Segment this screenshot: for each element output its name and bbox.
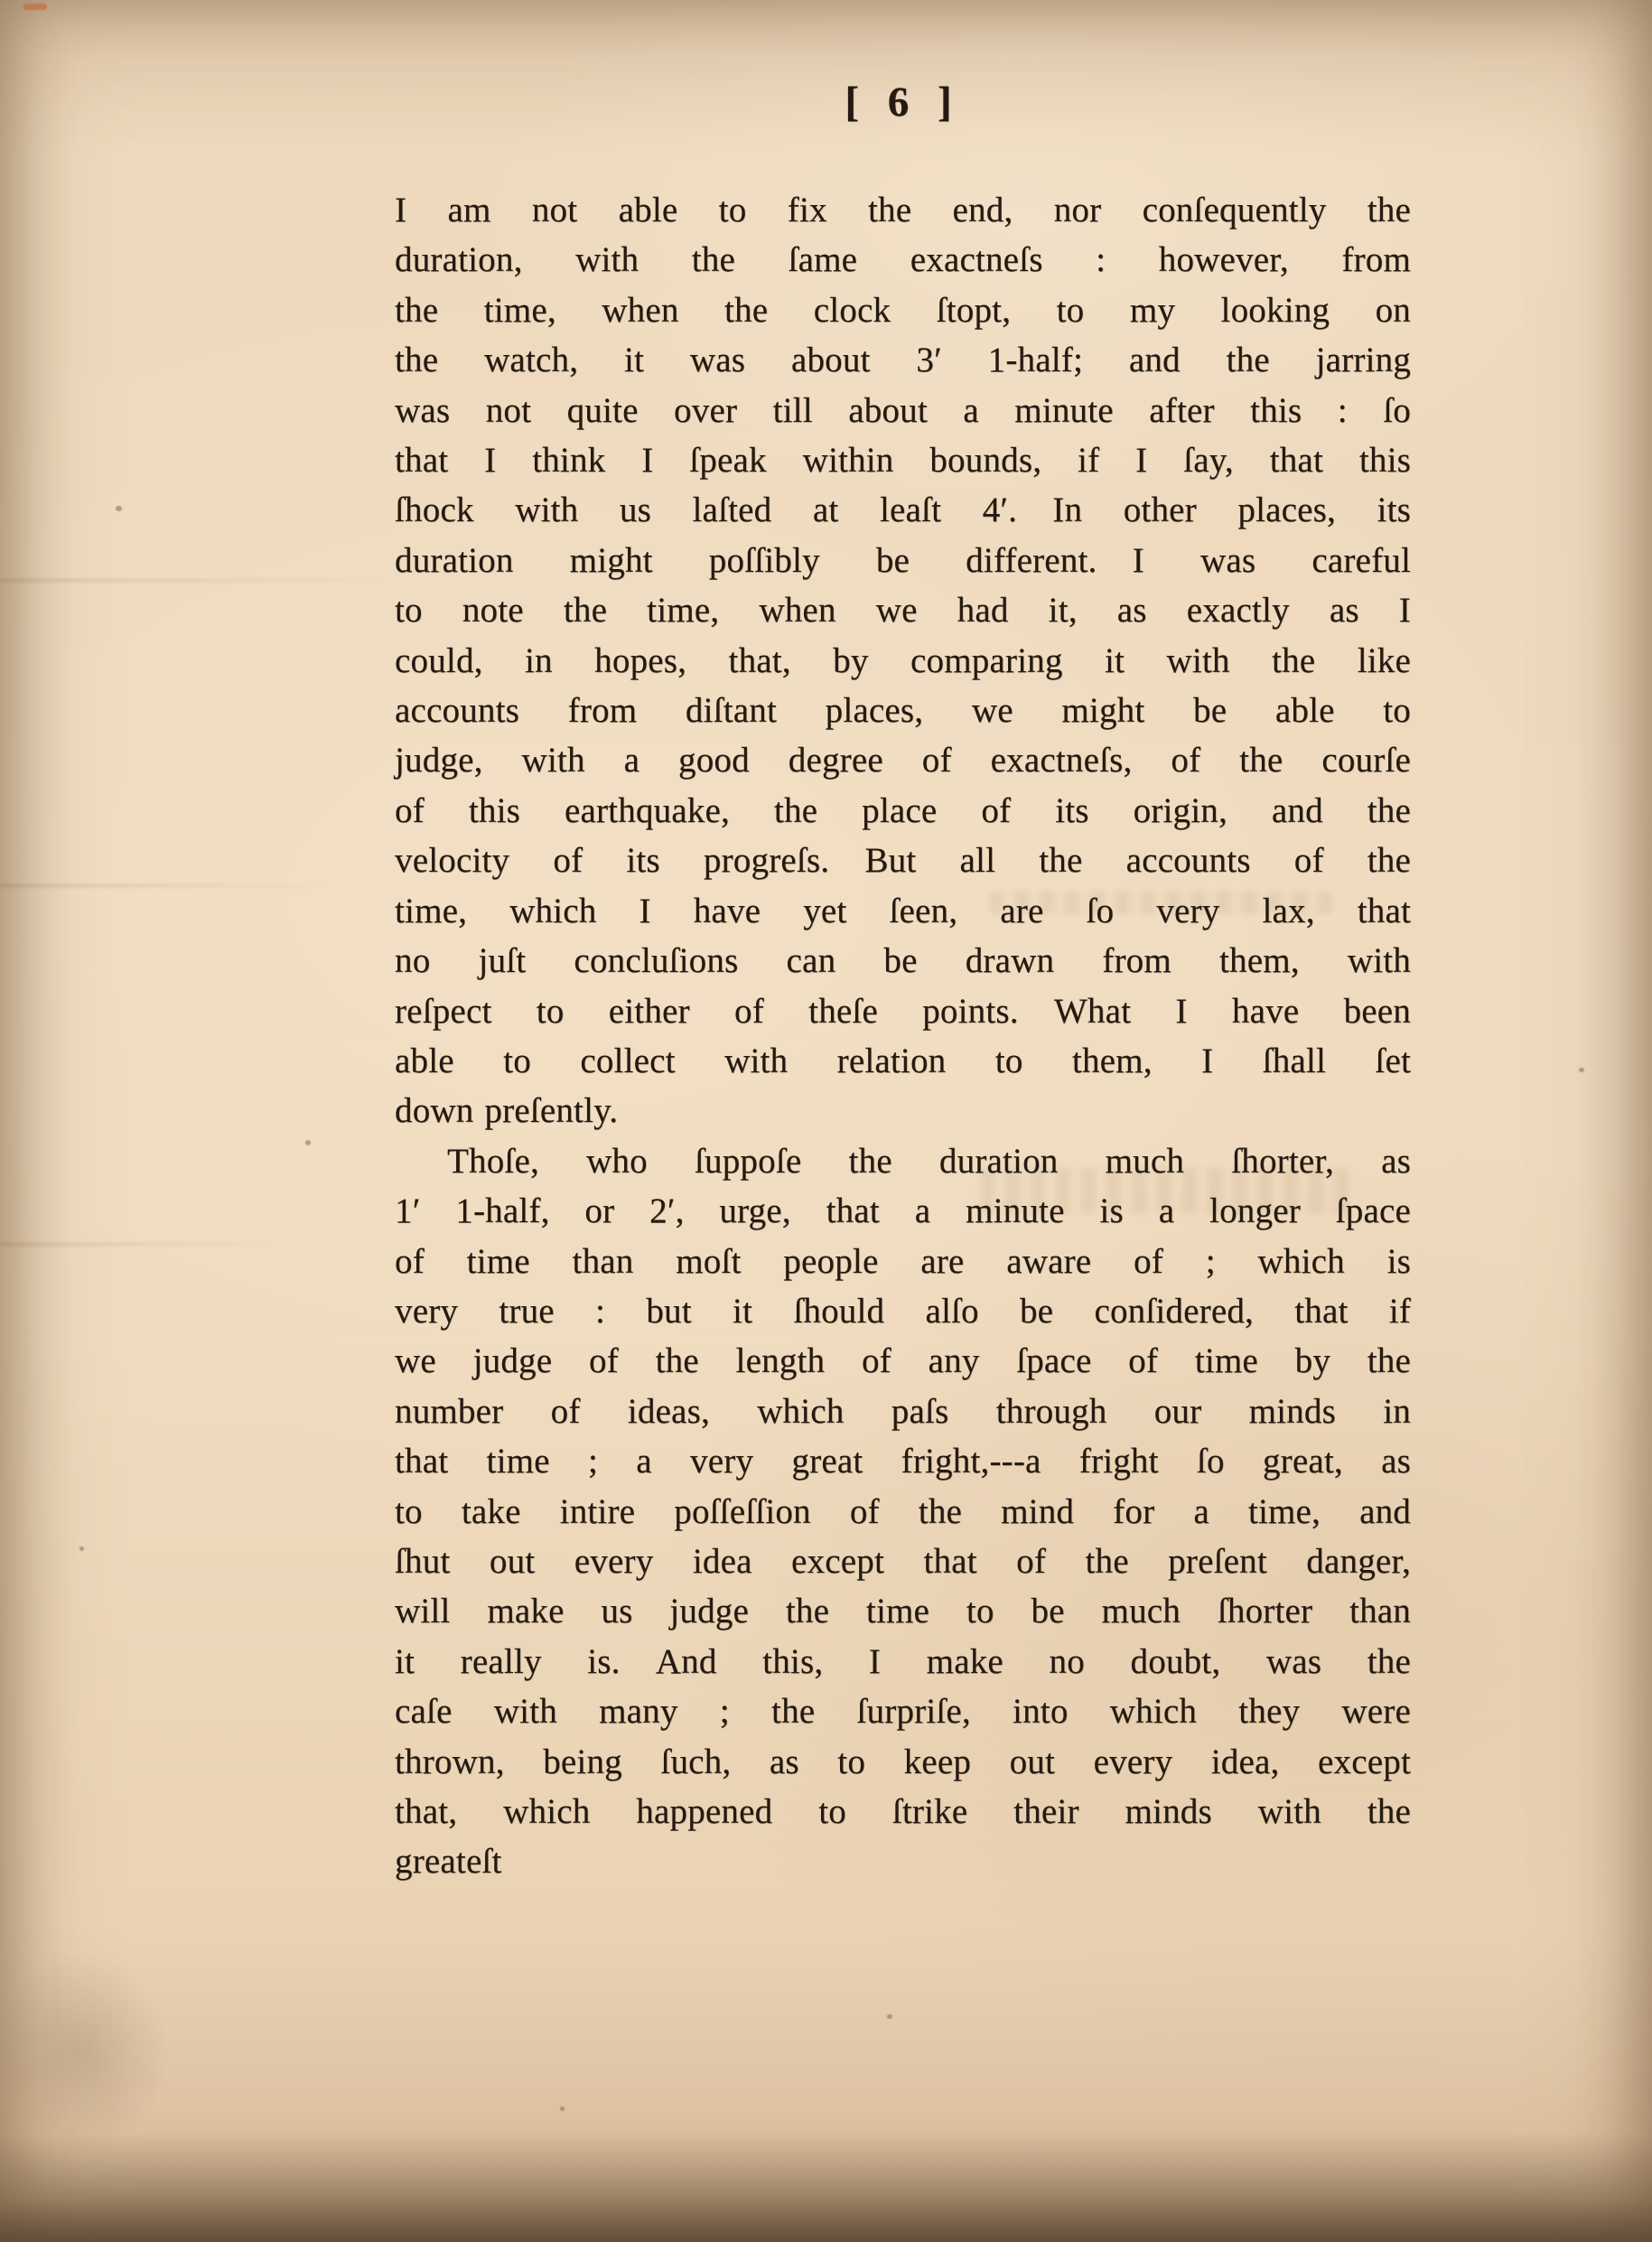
text-line: it really is. And this, I make no doubt,… xyxy=(395,1637,1411,1686)
text-line: the watch, it was about 3′ 1-half; and t… xyxy=(395,335,1411,385)
paper-crease xyxy=(0,578,388,583)
text-line: that I think I ſpeak within bounds, if I… xyxy=(395,435,1411,485)
text-line: accounts from diſtant places, we might b… xyxy=(395,686,1411,735)
paper-speck xyxy=(116,506,122,511)
text-line: we judge of the length of any ſpace of t… xyxy=(395,1336,1411,1386)
catchword: greateſt xyxy=(395,1836,1411,1886)
text-line: was not quite over till about a minute a… xyxy=(395,386,1411,435)
paper-crease xyxy=(0,883,325,888)
text-line: no juſt concluſions can be drawn from th… xyxy=(395,936,1411,986)
text-line: thrown, being ſuch, as to keep out every… xyxy=(395,1737,1411,1787)
text-line: down preſently. xyxy=(395,1086,1411,1135)
paper-speck xyxy=(305,1140,311,1145)
paper-speck xyxy=(1579,1068,1584,1072)
text-line: that time ; a very great fright,---a fri… xyxy=(395,1436,1411,1486)
text-line: the time, when the clock ſtopt, to my lo… xyxy=(395,285,1411,335)
paper-speck xyxy=(23,4,47,10)
text-line: could, in hopes, that, by comparing it w… xyxy=(395,636,1411,686)
paper-speck xyxy=(79,1546,84,1551)
text-line: velocity of its progreſs. But all the ac… xyxy=(395,836,1411,885)
text-line: very true : but it ſhould alſo be conſid… xyxy=(395,1286,1411,1336)
text-line: ſhock with us laſted at leaſt 4′. In oth… xyxy=(395,485,1411,535)
scanned-book-page: [ 6 ] I am not able to fix the end, nor … xyxy=(0,0,1652,2242)
text-line: of this earthquake, the place of its ori… xyxy=(395,786,1411,836)
text-line: that, which happened to ſtrike their min… xyxy=(395,1787,1411,1836)
text-line: number of ideas, which paſs through our … xyxy=(395,1387,1411,1436)
paper-speck xyxy=(887,2014,892,2019)
text-line: duration, with the ſame exactneſs : howe… xyxy=(395,235,1411,285)
paper-speck xyxy=(560,2107,565,2111)
text-lines: I am not able to fix the end, nor conſeq… xyxy=(395,185,1411,1887)
text-line: time, which I have yet ſeen, are ſo very… xyxy=(395,886,1411,936)
text-line: duration might poſſibly be different. I … xyxy=(395,536,1411,585)
text-line: caſe with many ; the ſurpriſe, into whic… xyxy=(395,1686,1411,1736)
text-line: Thoſe, who ſuppoſe the duration much ſho… xyxy=(395,1136,1411,1186)
scan-edge-shadow xyxy=(0,2134,1652,2242)
text-line: to take intire poſſeſſion of the mind fo… xyxy=(395,1487,1411,1537)
paper-crease xyxy=(0,1242,271,1247)
text-line: of time than moſt people are aware of ; … xyxy=(395,1237,1411,1286)
text-line: able to collect with relation to them, I… xyxy=(395,1036,1411,1086)
text-line: I am not able to fix the end, nor conſeq… xyxy=(395,185,1411,235)
text-line: reſpect to either of theſe points. What … xyxy=(395,986,1411,1036)
text-line: 1′ 1-half, or 2′, urge, that a minute is… xyxy=(395,1186,1411,1236)
text-line: will make us judge the time to be much ſ… xyxy=(395,1586,1411,1636)
text-line: judge, with a good degree of exactneſs, … xyxy=(395,735,1411,785)
text-line: to note the time, when we had it, as exa… xyxy=(395,585,1411,635)
page-number: [ 6 ] xyxy=(395,78,1411,126)
text-line: ſhut out every idea except that of the p… xyxy=(395,1537,1411,1586)
